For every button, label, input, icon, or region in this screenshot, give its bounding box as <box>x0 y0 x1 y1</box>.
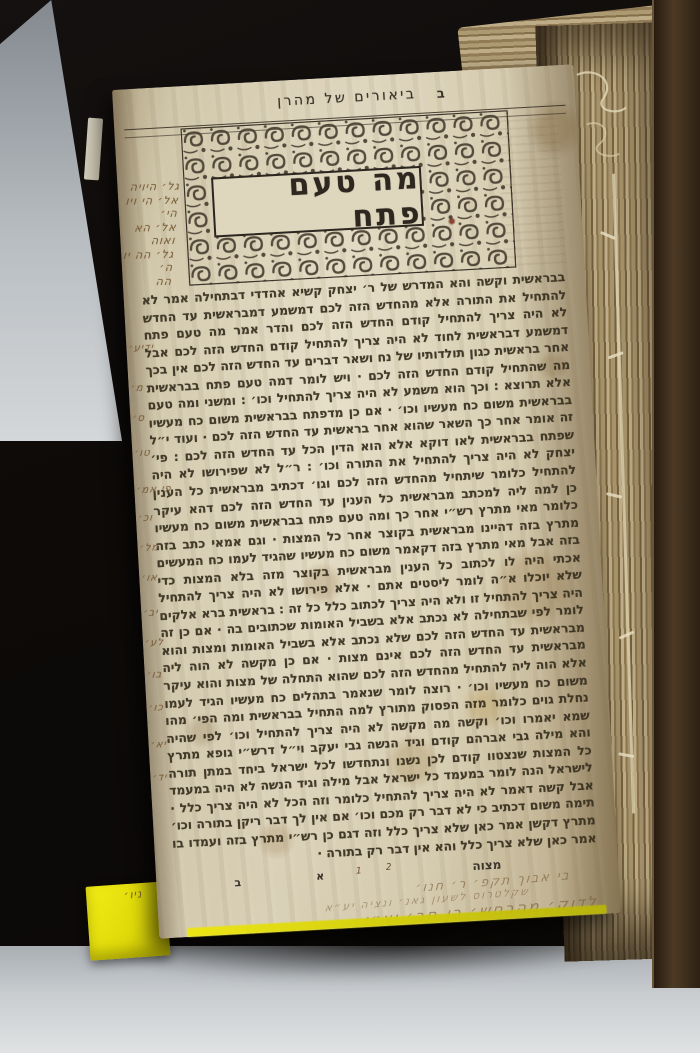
book-page: ביאורים של מהרן ב מה טעם פתח בבראשית וקש… <box>112 64 621 938</box>
folio-letter: ב <box>436 86 445 101</box>
marginalia-side-mark: ס׳ <box>132 413 146 425</box>
marginalia-side-mark: או׳ <box>141 572 158 584</box>
marginalia-side-mark: מ׳ <box>130 383 144 395</box>
marginalia-side-mark: בו׳ <box>146 669 163 681</box>
marginalia-side-mark: יב׳ <box>143 607 159 619</box>
marginalia-side-mark: מל׳ <box>139 542 160 554</box>
handwritten-number-2: 2 <box>386 863 392 873</box>
marginalia-side-mark: כו׳ <box>148 702 164 714</box>
marginalia-side-mark: יד׳ <box>152 772 168 784</box>
stitch-mark <box>608 351 624 359</box>
book-photograph: ניו׳ ביאורים של מהרן ב מה טעם פתח <box>0 0 700 1053</box>
handwritten-number-1: 1 <box>356 866 362 876</box>
signature-letter-bet: ב <box>234 876 241 889</box>
body-text-block: בבראשית וקשה והא המדרש של ר׳ יצחק קשיא א… <box>141 269 597 871</box>
table-surface-left <box>0 0 122 441</box>
stitch-mark <box>606 492 622 499</box>
corner-handwriting: ניו׳ <box>123 887 143 902</box>
marginalia-side-mark: ידיע׳ <box>128 342 154 354</box>
marginalia-side-mark: טו׳ <box>134 447 151 459</box>
paper-sliver <box>84 118 103 181</box>
verso-show-through <box>496 117 566 270</box>
book-cover-board <box>652 0 700 988</box>
signature-letter-alef: א <box>316 869 325 882</box>
marginalia-side-mark: לע׳ <box>144 637 164 649</box>
title-panel: מה טעם פתח <box>212 167 423 237</box>
marginalia-side-mark: וכ׳ <box>138 512 154 524</box>
marginalia-side-mark: יא׳ <box>150 739 167 751</box>
marginalia-side-mark: פי אמ׳ <box>136 483 172 496</box>
